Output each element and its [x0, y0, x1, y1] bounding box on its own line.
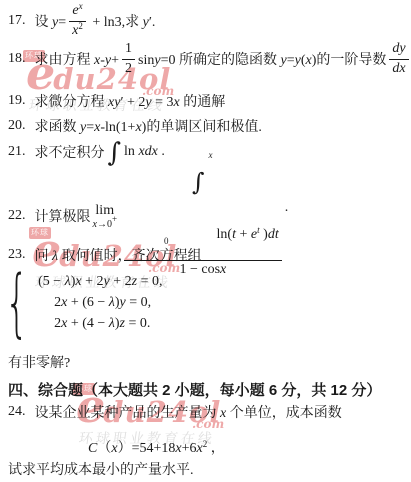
problem-text: 问 λ 取何值时，齐次方程组 [35, 245, 202, 265]
problem-text: 求不定积分 [35, 142, 105, 162]
nonzero-solution-text: 有非零解? [8, 352, 70, 372]
problem-24: 24. 设某企业某种产品的生产量为 x 个单位，成本函数 [8, 402, 342, 422]
fraction-dy-dx: dy dx [389, 41, 408, 76]
problem-text: 求函数 y=x-ln(1+x)的单调区间和极值. [35, 116, 262, 136]
problem-number: 20. [8, 118, 26, 134]
problem-number: 21. [8, 144, 26, 160]
equation-3: 2x + (4 − λ)z = 0. [54, 316, 162, 332]
problem-23: 23. 问 λ 取何值时，齐次方程组 [8, 245, 202, 265]
problem-number: 19. [8, 93, 26, 109]
equation-system: { (5 − λ)x + 2y + 2z = 0, 2x + (6 − λ)y … [5, 266, 163, 340]
problem-22: 22. 计算极限 lim x→0+ ∫ x 0 ln(t + et )dt 1 … [8, 182, 288, 234]
left-brace: { [5, 266, 29, 340]
problem-19: 19. 求微分方程 xy′ + 2y = 3x 的通解 [8, 91, 225, 111]
problem-text: 求由方程 x-y+ [35, 49, 120, 69]
equation-2: 2x + (6 − λ)y = 0, [54, 295, 162, 311]
problem-text: 设某企业某种产品的生产量为 x 个单位，成本函数 [35, 402, 342, 422]
cost-function-formula: C（x）=54+18x+6x2 ， [88, 437, 225, 457]
problem-number: 22. [8, 208, 26, 224]
integral-sign: ∫ [108, 142, 122, 164]
problem-text: siny=0 所确定的隐函数 y=y(x)的一阶导数 [138, 49, 386, 69]
fraction-ex-over-x2: ex x2 [69, 3, 86, 38]
problem-text: + ln3,求 y′. [89, 11, 156, 31]
integral-upper-limit: x [209, 150, 213, 160]
problem-text: 计算极限 [35, 206, 91, 226]
exam-page: 环球 edu24ol .com 环球职业教育在线 环球 edu24ol .com… [0, 0, 411, 482]
problem-number: 24. [8, 404, 26, 420]
problem-number: 17. [8, 13, 26, 29]
problem-text: 设 y= [35, 11, 67, 31]
problem-20: 20. 求函数 y=x-ln(1+x)的单调区间和极值. [8, 116, 262, 136]
limit-subscript: x→0+ [93, 220, 118, 230]
problem-number: 18. [8, 51, 26, 67]
equation-1: (5 − λ)x + 2y + 2z = 0, [38, 274, 162, 290]
integral-sign-with-limits: ∫ x 0 [155, 154, 207, 243]
limit-operator: lim x→0+ [93, 204, 118, 230]
problem-18: 18. 求由方程 x-y+ 1 2 siny=0 所确定的隐函数 y=y(x)的… [8, 41, 411, 77]
period: . [285, 200, 289, 216]
fraction-one-half: 1 2 [122, 41, 135, 76]
problem-text: 求微分方程 xy′ + 2y = 3x 的通解 [35, 91, 226, 111]
problem-17: 17. 设 y= ex x2 + ln3,求 y′. [8, 3, 155, 39]
section-heading: 四、综合题（本大题共 2 小题，每小题 6 分，共 12 分） [8, 379, 381, 399]
final-instruction: 试求平均成本最小的产量水平. [8, 459, 194, 479]
